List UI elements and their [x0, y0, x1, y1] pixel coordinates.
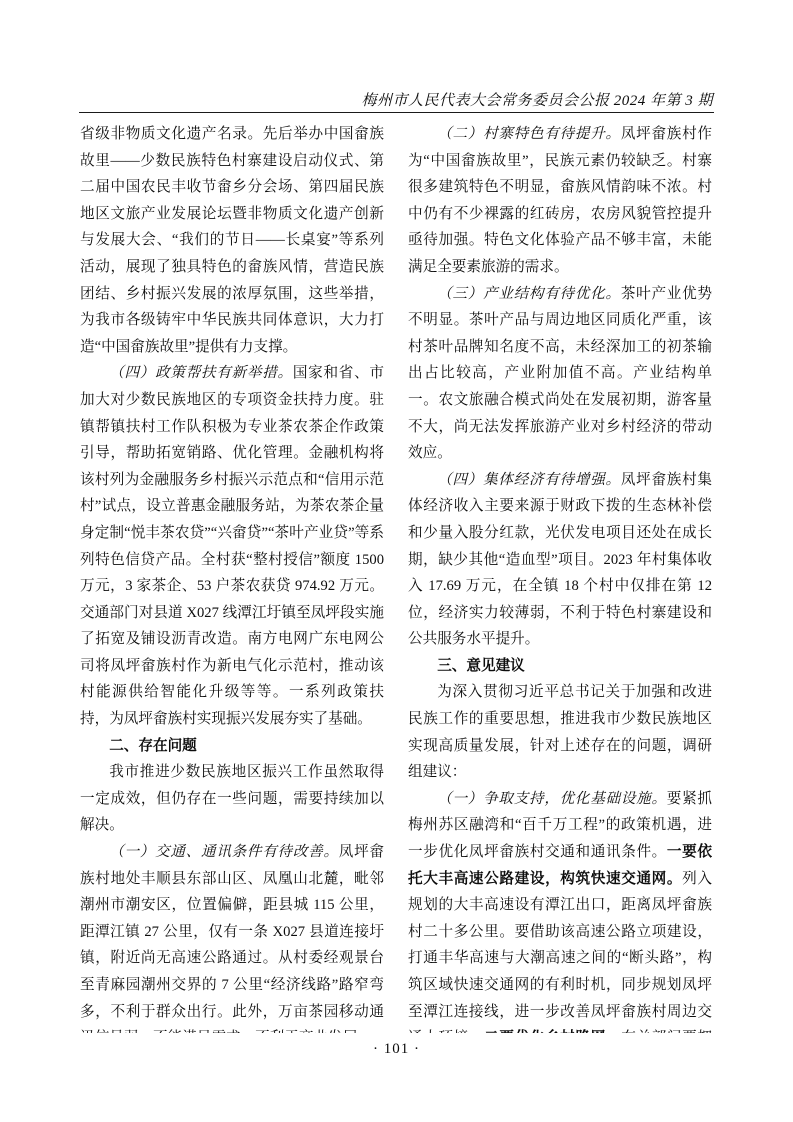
- text-run-normal: 列入规划的大丰高速设有潭江出口，距离凤坪畲族村二十多公里。要借助该高速公路立项建…: [408, 871, 712, 1033]
- page-number: · 101 ·: [0, 1041, 793, 1058]
- right-column: （二）村寨特色有待提升。凤坪畲族村作为“中国畲族故里”，民族元素仍较缺乏。村寨很…: [408, 121, 712, 1033]
- text-run-normal: 茶叶产业优势不明显。茶叶产品与周边地区同质化严重，该村茶叶品牌知名度不高，未经深…: [408, 286, 712, 462]
- text-run-normal: 我市推进少数民族地区振兴工作虽然取得一定成效，但仍存在一些问题，需要持续加以解决…: [80, 764, 384, 833]
- text-run-kai: （二）村寨特色有待提升。: [437, 126, 621, 142]
- paragraph: 我市推进少数民族地区振兴工作虽然取得一定成效，但仍存在一些问题，需要持续加以解决…: [80, 759, 384, 839]
- text-run-normal: 省级非物质文化遗产名录。先后举办中国畲族故里——少数民族特色村寨建设启动仪式、第…: [80, 126, 384, 355]
- text-run-kai: （三）产业结构有待优化。: [437, 286, 621, 302]
- paragraph: 省级非物质文化遗产名录。先后举办中国畲族故里——少数民族特色村寨建设启动仪式、第…: [80, 121, 384, 360]
- paragraph: （一）争取支持，优化基础设施。要紧抓梅州苏区融湾和“百千万工程”的政策机遇，进一…: [408, 786, 712, 1033]
- paragraph: （一）交通、通讯条件有待改善。凤坪畲族村地处丰顺县东部山区、凤凰山北麓，毗邻潮州…: [80, 839, 384, 1033]
- header-rule-divider: [79, 112, 714, 113]
- text-run-normal: 为深入贯彻习近平总书记关于加强和改进民族工作的重要思想，推进我市少数民族地区实现…: [408, 684, 712, 780]
- text-run-kai: （四）集体经济有待增强。: [437, 472, 621, 488]
- text-run-normal: 凤坪畲族村地处丰顺县东部山区、凤凰山北麓，毗邻潮州市潮安区，位置偏僻，距县城 1…: [80, 844, 384, 1033]
- running-header: 梅州市人民代表大会常务委员会公报 2024 年第 3 期: [80, 89, 713, 110]
- paragraph: （二）村寨特色有待提升。凤坪畲族村作为“中国畲族故里”，民族元素仍较缺乏。村寨很…: [408, 121, 712, 281]
- section-heading: 二、存在问题: [80, 733, 384, 760]
- left-column: 省级非物质文化遗产名录。先后举办中国畲族故里——少数民族特色村寨建设启动仪式、第…: [80, 121, 384, 1033]
- two-column-body: 省级非物质文化遗产名录。先后举办中国畲族故里——少数民族特色村寨建设启动仪式、第…: [80, 121, 713, 1033]
- text-run-kai: （四）政策帮扶有新举措。: [109, 365, 293, 381]
- paragraph: 为深入贯彻习近平总书记关于加强和改进民族工作的重要思想，推进我市少数民族地区实现…: [408, 679, 712, 785]
- paragraph: （四）政策帮扶有新举措。国家和省、市加大对少数民族地区的专项资金扶持力度。驻镇帮…: [80, 360, 384, 732]
- text-run-normal: 三、意见建议: [437, 658, 525, 674]
- paragraph: （三）产业结构有待优化。茶叶产业优势不明显。茶叶产品与周边地区同质化严重，该村茶…: [408, 281, 712, 467]
- text-run-normal: 二、存在问题: [109, 738, 197, 754]
- section-heading: 三、意见建议: [408, 653, 712, 680]
- text-run-normal: 凤坪畲族村作为“中国畲族故里”，民族元素仍较缺乏。村寨很多建筑特色不明显，畲族风…: [408, 126, 712, 275]
- text-run-normal: 国家和省、市加大对少数民族地区的专项资金扶持力度。驻镇帮镇扶村工作队积极为专业茶…: [80, 365, 384, 727]
- text-run-bold: 二要优化乡村路网。: [484, 1030, 621, 1033]
- text-run-normal: 凤坪畲族村集体经济收入主要来源于财政下拨的生态林补偿和少量入股分红款，光伏发电项…: [408, 472, 712, 648]
- text-run-kai: （一）交通、通讯条件有待改善。: [109, 844, 339, 860]
- text-run-kai: （一）争取支持，优化基础设施。: [437, 791, 667, 807]
- paragraph: （四）集体经济有待增强。凤坪畲族村集体经济收入主要来源于财政下拨的生态林补偿和少…: [408, 467, 712, 653]
- gazette-page: 梅州市人民代表大会常务委员会公报 2024 年第 3 期 省级非物质文化遗产名录…: [0, 0, 793, 1122]
